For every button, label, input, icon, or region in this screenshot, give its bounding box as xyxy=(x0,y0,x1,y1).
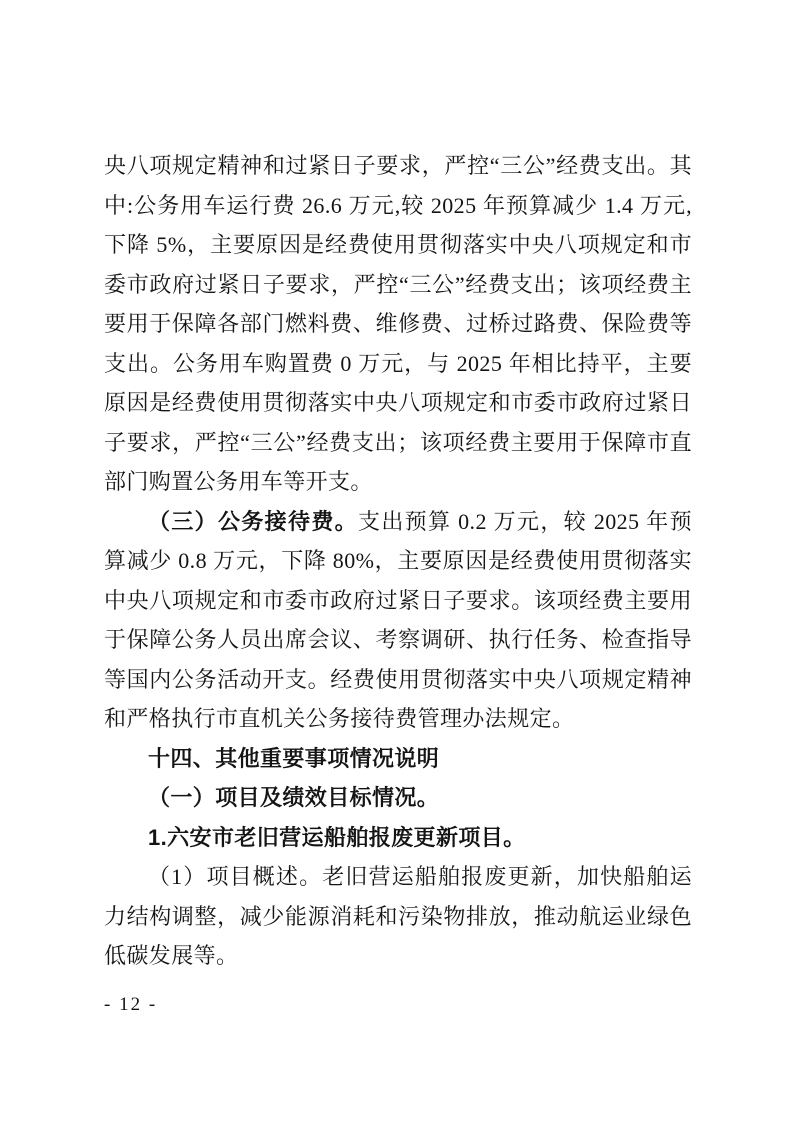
paragraph-official-reception: （三）公务接待费。支出预算 0.2 万元，较 2025 年预算减少 0.8 万元… xyxy=(104,502,692,739)
paragraph-lead-bold: （三）公务接待费。 xyxy=(148,509,358,534)
paragraph-project-overview: （1）项目概述。老旧营运船舶报废更新，加快船舶运力结构调整，减少能源消耗和污染物… xyxy=(104,857,692,976)
document-page: 央八项规定精神和过紧日子要求，严控“三公”经费支出。其中:公务用车运行费 26.… xyxy=(0,0,793,1122)
paragraph-body-text: 支出预算 0.2 万元，较 2025 年预算减少 0.8 万元，下降 80%，主… xyxy=(104,509,692,732)
document-body: 央八项规定精神和过紧日子要求，严控“三公”经费支出。其中:公务用车运行费 26.… xyxy=(104,146,692,976)
section-heading-other-important-matters: 十四、其他重要事项情况说明 xyxy=(104,739,692,779)
item-heading-ship-scrap-project: 1.六安市老旧营运船舶报废更新项目。 xyxy=(104,818,692,858)
paragraph-vehicle-expense: 央八项规定精神和过紧日子要求，严控“三公”经费支出。其中:公务用车运行费 26.… xyxy=(104,146,692,502)
subsection-heading-project-performance: （一）项目及绩效目标情况。 xyxy=(104,778,692,818)
page-number: - 12 - xyxy=(104,994,157,1016)
